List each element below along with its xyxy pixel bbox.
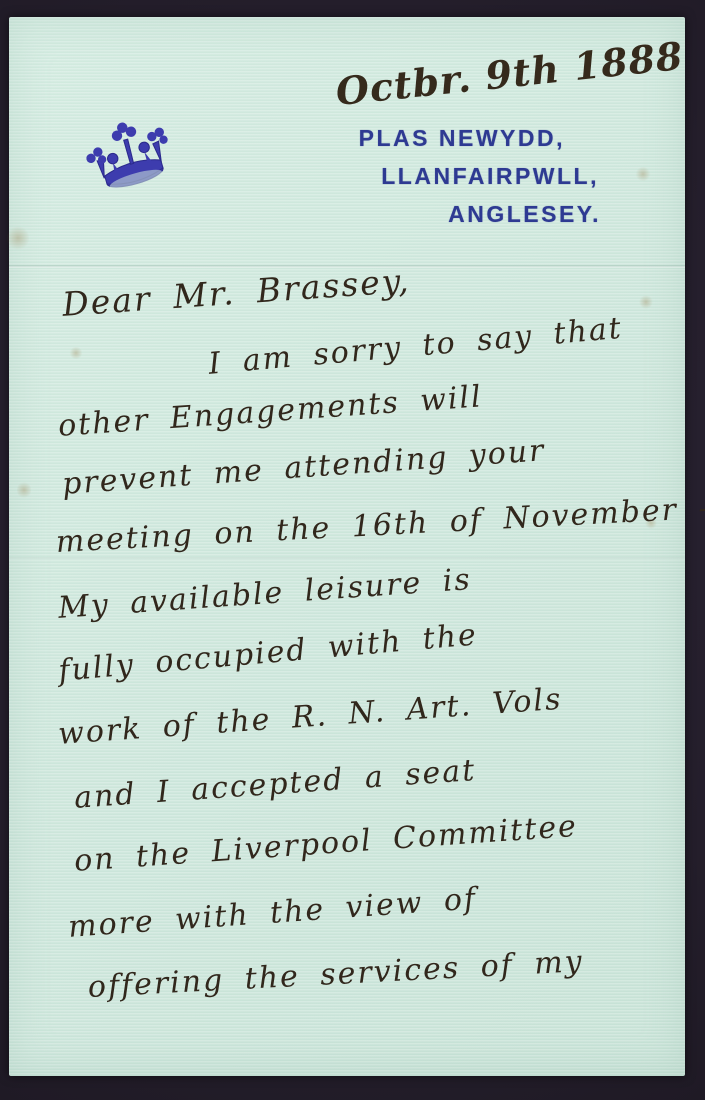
letterhead: PLAS NEWYDD, LLANFAIRPWLL, ANGLESEY. — [359, 119, 601, 233]
handwriting-line: more with the view of — [67, 881, 478, 944]
paper-crease — [9, 557, 685, 560]
handwriting-line: I am sorry to say that — [207, 311, 624, 382]
coronet-crest-icon — [69, 104, 190, 206]
handwriting-line: My available leisure is — [57, 562, 473, 626]
paper-stain — [69, 347, 83, 359]
handwriting-line: fully occupied with the — [57, 617, 479, 689]
paper-stain — [17, 481, 31, 499]
handwriting-line: on the Liverpool Committee — [73, 809, 579, 879]
handwriting-line: work of the R. N. Art. Vols — [57, 682, 564, 752]
handwriting-line: prevent me attending your — [61, 433, 547, 502]
handwriting-line: offering the services of my — [87, 944, 584, 1005]
handwriting-line: and I accepted a seat — [73, 753, 477, 816]
handwriting-line: meeting on the 16th of November — — [55, 490, 705, 560]
salutation-line: Dear Mr. Brassey, — [61, 261, 412, 324]
paper-stain — [7, 225, 29, 251]
paper-stain — [639, 295, 653, 309]
handwriting-line: other Engagements will — [57, 379, 484, 444]
letterhead-line-house: PLAS NEWYDD, — [359, 119, 565, 157]
letter-date: Octbr. 9th 1888 — [334, 33, 686, 114]
paper-stain — [635, 167, 651, 181]
letter-paper: Octbr. 9th 1888 PLAS NEWYDD, LLANFAIRPWL… — [9, 17, 685, 1076]
letterhead-line-county: ANGLESEY. — [359, 195, 601, 233]
letterhead-line-village: LLANFAIRPWLL, — [359, 157, 599, 195]
